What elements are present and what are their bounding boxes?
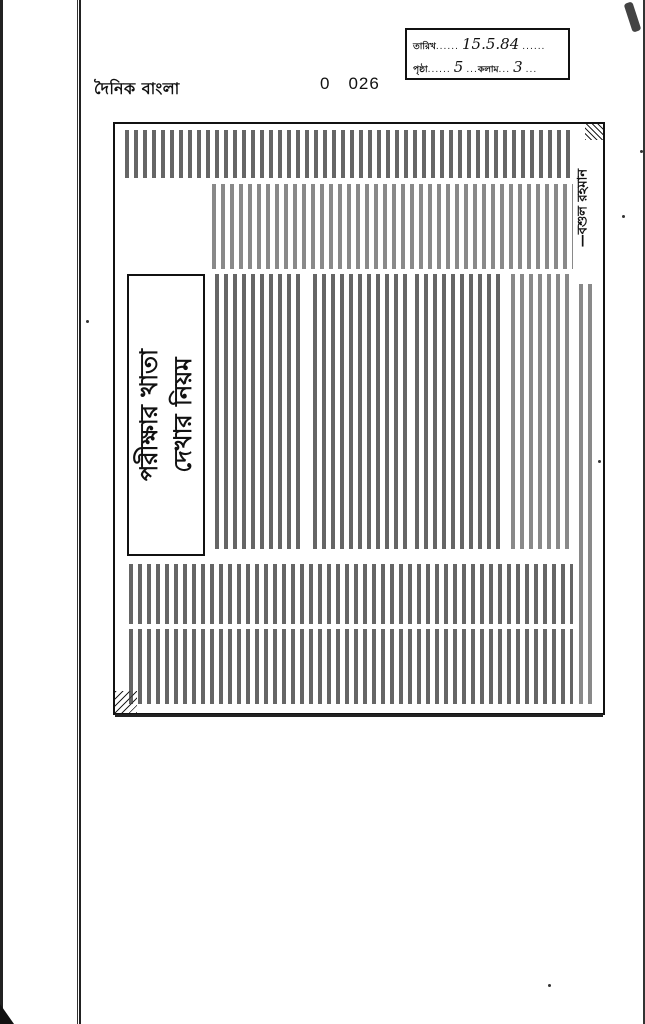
page-code-number: 026 — [348, 74, 379, 93]
text-column-bottom-1 — [127, 564, 573, 624]
text-column-mid-3 — [413, 274, 503, 549]
stamp-page-value: 5 — [454, 57, 464, 77]
stamp-date-row: তারিখ ...... 15.5.84 ...... — [413, 34, 562, 57]
dots: ...... — [436, 37, 459, 57]
stamp-date-label: তারিখ — [413, 37, 436, 57]
dots: ... — [466, 60, 478, 80]
byline: —বশুল রহমান — [573, 138, 595, 278]
text-column-mid-1 — [213, 274, 305, 549]
scan-speck — [640, 150, 643, 153]
dots: ...... — [522, 37, 545, 57]
binding-rule — [77, 0, 81, 1024]
dots: ...... — [428, 60, 451, 80]
page-code-prefix: 0 — [320, 74, 330, 93]
stamp-page-row: পৃষ্ঠা ...... 5 ... কলাম ... 3 ... — [413, 57, 562, 80]
scan-edge-left — [0, 0, 3, 1024]
stamp-column-value: 3 — [513, 57, 523, 77]
stamp-date-value: 15.5.84 — [462, 34, 519, 54]
text-column-right — [577, 284, 595, 704]
stamp-page-label: পৃষ্ঠা — [413, 60, 428, 80]
clipping-shadow — [115, 714, 603, 717]
headline-line-2: দেখার নিয়ম — [166, 349, 200, 481]
newspaper-clipping: পরীক্ষার খাতা দেখার নিয়ম —বশুল রহমান — [113, 122, 605, 715]
newspaper-masthead: দৈনিক বাংলা — [94, 76, 180, 103]
headline-line-1: পরীক্ষার খাতা — [132, 349, 166, 481]
byline-text: —বশুল রহমান — [574, 169, 595, 247]
page-code: 0026 — [320, 74, 380, 94]
headline: পরীক্ষার খাতা দেখার নিয়ম — [132, 349, 200, 481]
text-column-bottom-2 — [127, 629, 573, 704]
scan-speck — [598, 460, 601, 463]
scan-speck — [86, 320, 89, 323]
headline-box: পরীক্ষার খাতা দেখার নিয়ম — [127, 274, 205, 556]
stamp-column-label: কলাম — [478, 60, 499, 80]
corner-mark — [0, 1004, 14, 1024]
dots: ... — [499, 60, 511, 80]
text-column-top-2 — [210, 184, 573, 269]
dots: ... — [526, 60, 538, 80]
scan-speck — [622, 215, 625, 218]
date-stamp: তারিখ ...... 15.5.84 ...... পৃষ্ঠা .....… — [405, 28, 570, 80]
scan-speck — [548, 984, 551, 987]
text-column-mid-2 — [311, 274, 407, 549]
text-column-top-1 — [123, 130, 573, 178]
text-column-mid-4 — [509, 274, 573, 549]
ink-smudge — [624, 1, 642, 32]
